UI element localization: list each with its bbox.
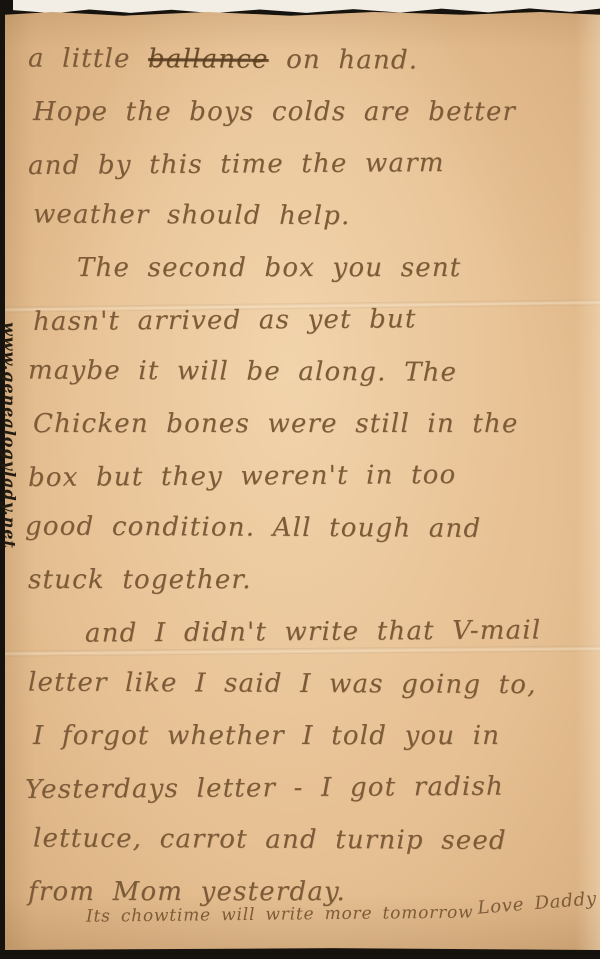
letter-line: lettuce, carrot and turnip seed <box>33 813 596 868</box>
letter-line: Hope the boys colds are better <box>33 86 596 138</box>
scan-background: www.genealogylady.net a little ballance … <box>0 0 600 959</box>
letter-line: and I didn't write that V-mail <box>33 604 596 660</box>
letter-line: Yesterdays letter - I got radish <box>25 760 596 816</box>
letter-line: weather should help. <box>33 189 596 244</box>
letter-line: I forgot whether I told you in <box>33 710 596 762</box>
watermark: www.genealogylady.net <box>0 322 22 622</box>
letter-line: a little ballance on hand. <box>28 33 596 88</box>
struck-word: ballance <box>148 44 269 75</box>
closing-line: Its chowtime will write more tomorrow <box>86 903 474 927</box>
letter-line: letter like I said I was going to, <box>28 657 596 712</box>
letter-line: maybe it will be along. The <box>28 345 596 400</box>
letter-line: box but they weren't in too <box>28 448 596 504</box>
letter-line: hasn't arrived as yet but <box>33 292 596 348</box>
letter-line: Chicken bones were still in the <box>33 398 596 450</box>
letter-line: The second box you sent <box>25 242 596 294</box>
letter-line: stuck together. <box>28 554 596 606</box>
line-fragment: a little <box>28 44 148 75</box>
letter-line: and by this time the warm <box>28 136 596 192</box>
letter-body: a little ballance on hand.Hope the boys … <box>28 34 596 918</box>
letter-line: good condition. All tough and <box>25 501 596 556</box>
torn-paper-edge <box>13 0 600 14</box>
line-fragment: on hand. <box>269 45 419 76</box>
